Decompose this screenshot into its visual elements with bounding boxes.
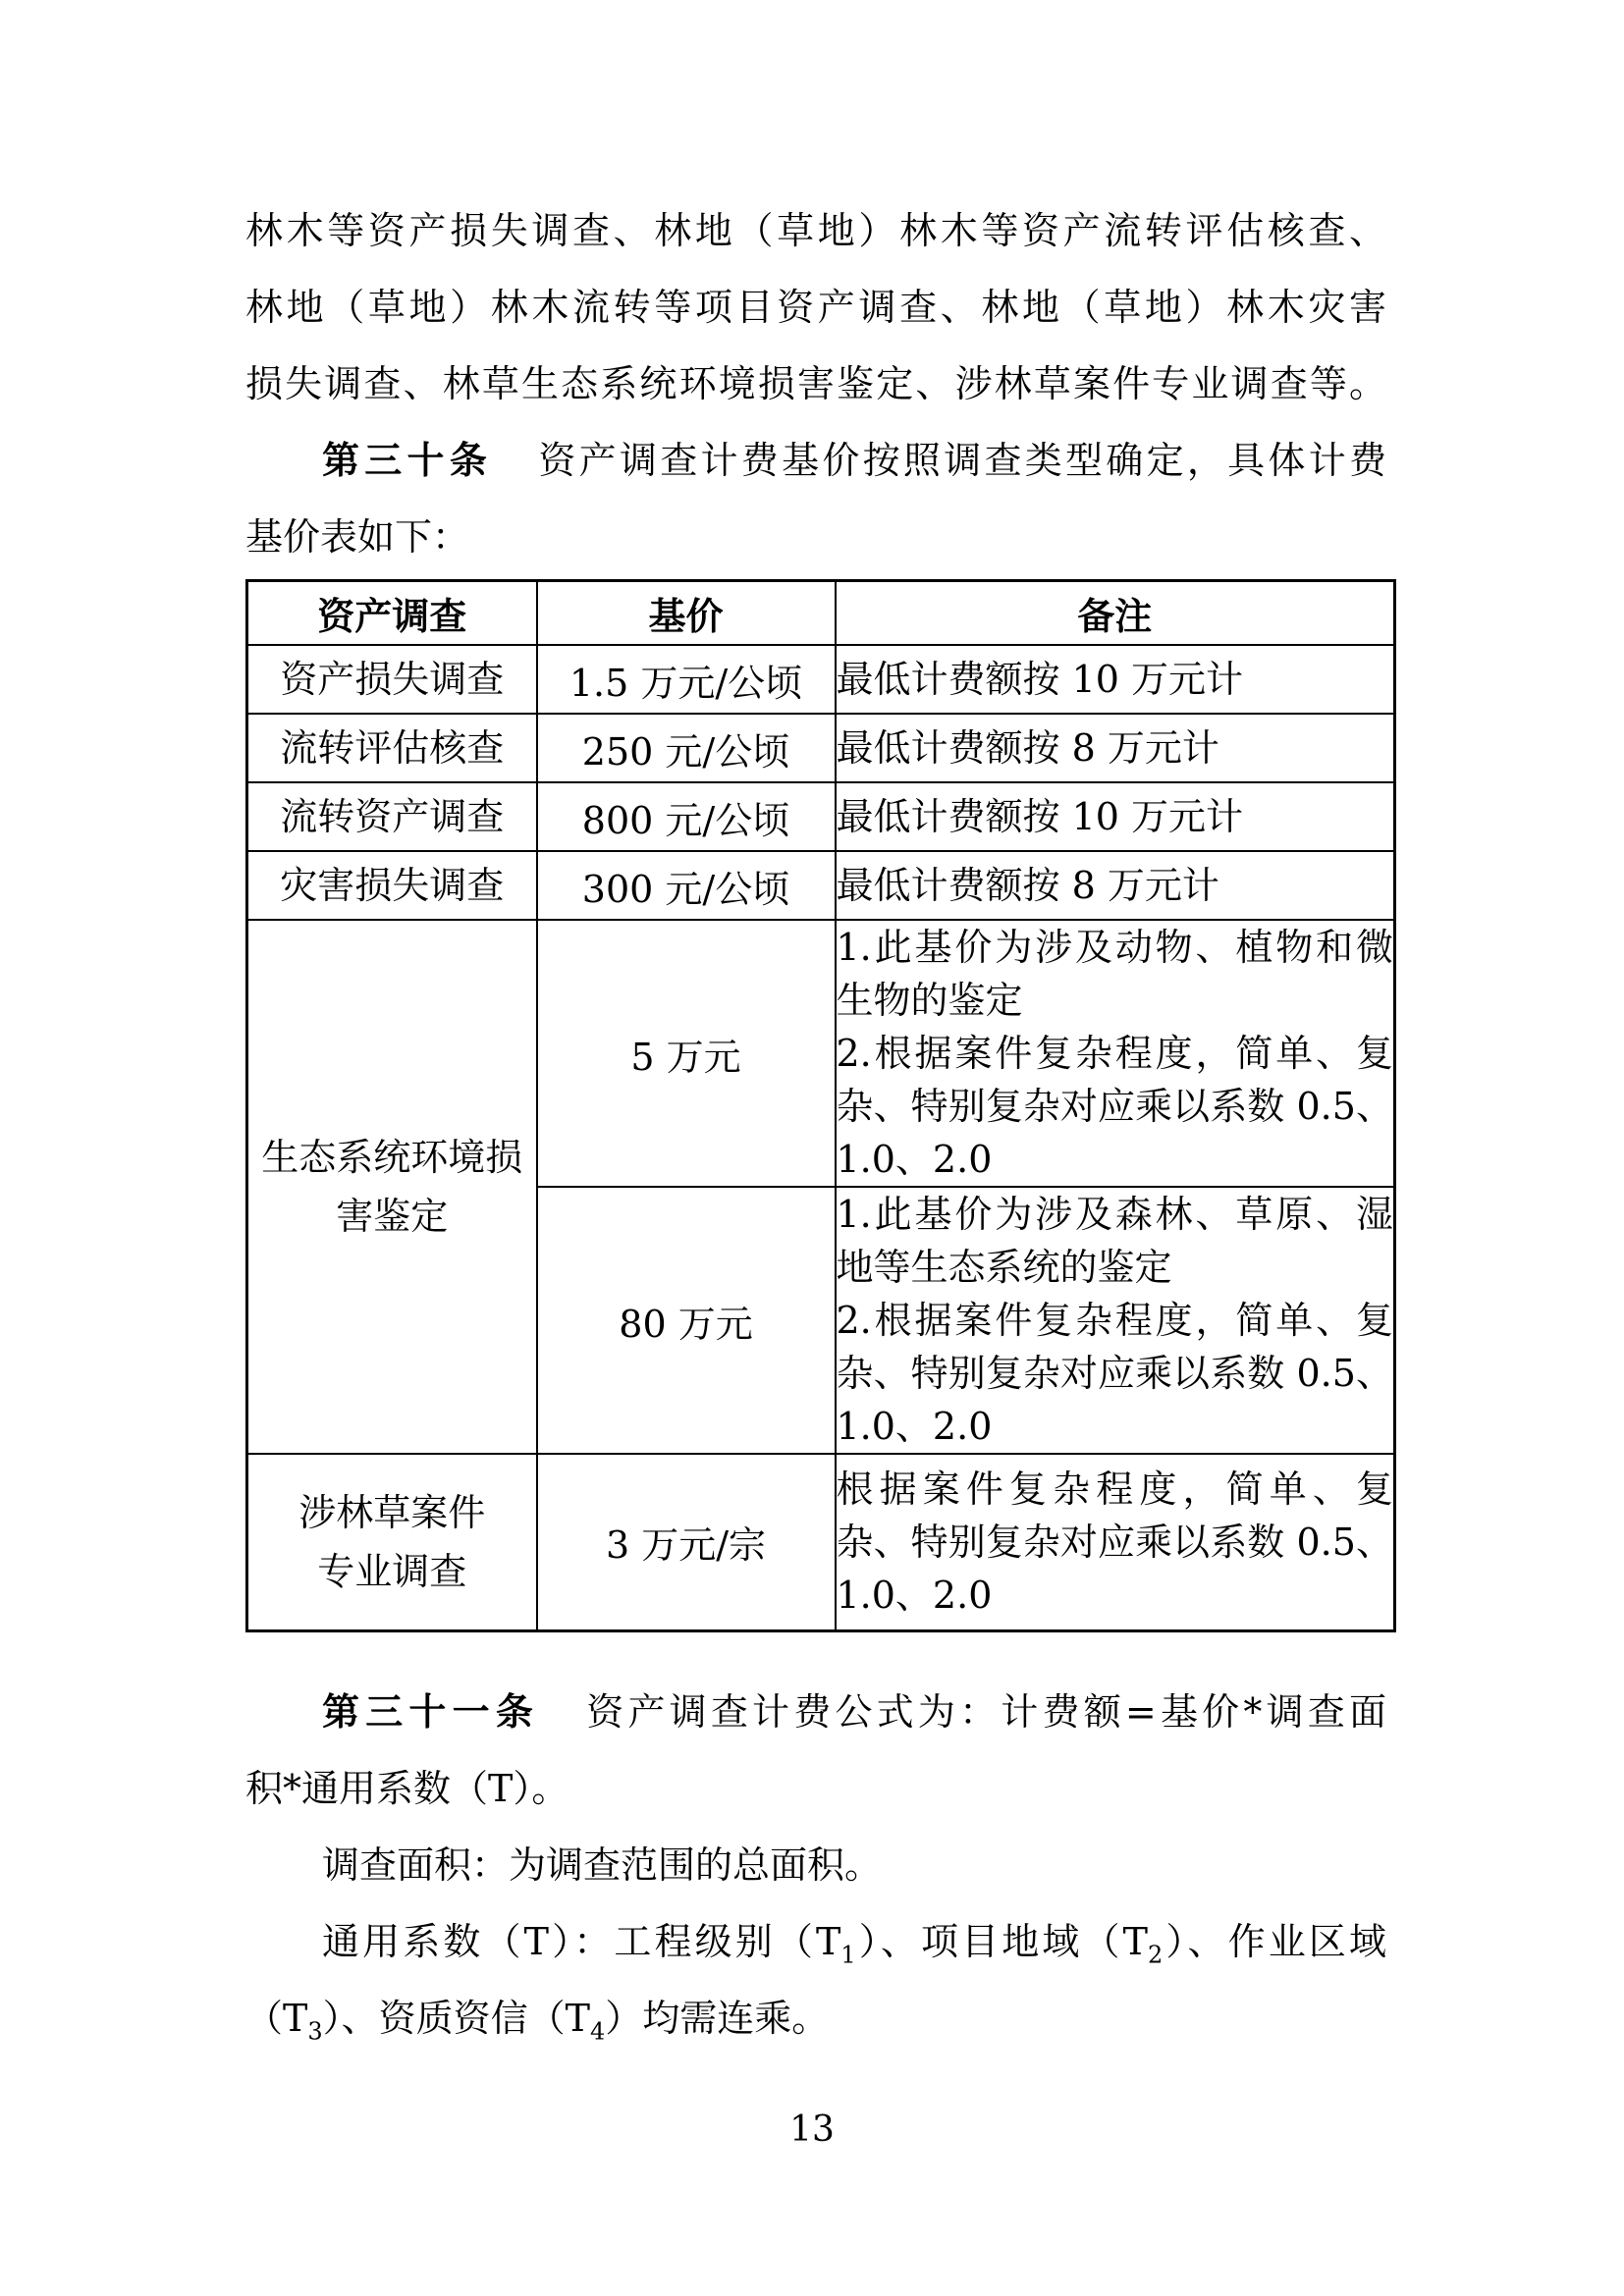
article-30-heading: 第三十条 [322, 439, 492, 482]
subscript-t1: 1 [840, 1941, 855, 1968]
row-note: 最低计费额按 10 万元计 [836, 645, 1395, 714]
fee-base-price-table: 资产调查 基价 备注 资产损失调查 1.5 万元/公顷 最低计费额按 10 万元… [245, 579, 1396, 1632]
text-line: 第三十条资产调查计费基价按照调查类型确定，具体计费 [245, 422, 1386, 499]
header-base-price: 基价 [537, 581, 836, 646]
table-row: 生态系统环境损 害鉴定 5 万元 1.此基价为涉及动物、植物和微生物的鉴定 2.… [247, 920, 1395, 1187]
text-line: 林地（草地）林木流转等项目资产调查、林地（草地）林木灾害 [245, 269, 1386, 346]
row-name-merged: 生态系统环境损 害鉴定 [247, 920, 537, 1454]
row-name: 涉林草案件 专业调查 [247, 1454, 537, 1630]
header-remark: 备注 [836, 581, 1395, 646]
row-price: 800 元/公顷 [537, 782, 836, 851]
text-line: 第三十一条资产调查计费公式为：计费额=基价*调查面 [245, 1674, 1386, 1750]
page-number: 13 [0, 2110, 1624, 2150]
text-line-coefficient: 通用系数（T）：工程级别（T1）、项目地域（T2）、作业区域 [245, 1903, 1386, 1980]
row-price: 3 万元/宗 [537, 1454, 836, 1630]
subscript-t4: 4 [590, 2017, 605, 2045]
subscript-t2: 2 [1148, 1941, 1163, 1968]
row-name: 资产损失调查 [247, 645, 537, 714]
table-header-row: 资产调查 基价 备注 [247, 581, 1395, 646]
table-row: 流转评估核查 250 元/公顷 最低计费额按 8 万元计 [247, 714, 1395, 782]
row-price: 300 元/公顷 [537, 851, 836, 920]
subscript-t3: 3 [307, 2017, 322, 2045]
article-31-text: 资产调查计费公式为：计费额=基价*调查面 [582, 1690, 1386, 1734]
header-asset-survey: 资产调查 [247, 581, 537, 646]
paragraph-continuation: 林木等资产损失调查、林地（草地）林木等资产流转评估核查、 林地（草地）林木流转等… [245, 192, 1386, 422]
table-row: 流转资产调查 800 元/公顷 最低计费额按 10 万元计 [247, 782, 1395, 851]
row-price: 5 万元 [537, 920, 836, 1187]
text-line: 积*通用系数（T）。 [245, 1750, 1386, 1827]
row-name: 流转评估核查 [247, 714, 537, 782]
text-line: 基价表如下： [245, 499, 1386, 575]
row-price: 250 元/公顷 [537, 714, 836, 782]
row-note: 最低计费额按 10 万元计 [836, 782, 1395, 851]
table-row: 灾害损失调查 300 元/公顷 最低计费额按 8 万元计 [247, 851, 1395, 920]
table-row: 资产损失调查 1.5 万元/公顷 最低计费额按 10 万元计 [247, 645, 1395, 714]
row-price: 1.5 万元/公顷 [537, 645, 836, 714]
text-line-coefficient-2: （T3）、资质资信（T4）均需连乘。 [245, 1980, 1386, 2056]
row-note: 根据案件复杂程度，简单、复杂、特别复杂对应乘以系数 0.5、1.0、2.0 [836, 1454, 1395, 1630]
row-name: 灾害损失调查 [247, 851, 537, 920]
paragraph-article-31: 第三十一条资产调查计费公式为：计费额=基价*调查面 积*通用系数（T）。 调查面… [245, 1674, 1386, 2056]
row-note: 1.此基价为涉及森林、草原、湿地等生态系统的鉴定 2.根据案件复杂程度，简单、复… [836, 1187, 1395, 1454]
row-price: 80 万元 [537, 1187, 836, 1454]
text-line: 损失调查、林草生态系统环境损害鉴定、涉林草案件专业调查等。 [245, 346, 1386, 422]
text-line-survey-area: 调查面积：为调查范围的总面积。 [245, 1827, 1386, 1903]
row-note: 最低计费额按 8 万元计 [836, 714, 1395, 782]
text-line: 林木等资产损失调查、林地（草地）林木等资产流转评估核查、 [245, 192, 1386, 269]
row-name: 流转资产调查 [247, 782, 537, 851]
article-30-text: 资产调查计费基价按照调查类型确定，具体计费 [535, 439, 1386, 482]
row-note: 1.此基价为涉及动物、植物和微生物的鉴定 2.根据案件复杂程度，简单、复杂、特别… [836, 920, 1395, 1187]
document-page: 林木等资产损失调查、林地（草地）林木等资产流转评估核查、 林地（草地）林木流转等… [0, 0, 1624, 2296]
article-31-heading: 第三十一条 [322, 1690, 539, 1734]
row-note: 最低计费额按 8 万元计 [836, 851, 1395, 920]
paragraph-article-30: 第三十条资产调查计费基价按照调查类型确定，具体计费 基价表如下： [245, 422, 1386, 575]
table-row: 涉林草案件 专业调查 3 万元/宗 根据案件复杂程度，简单、复杂、特别复杂对应乘… [247, 1454, 1395, 1630]
